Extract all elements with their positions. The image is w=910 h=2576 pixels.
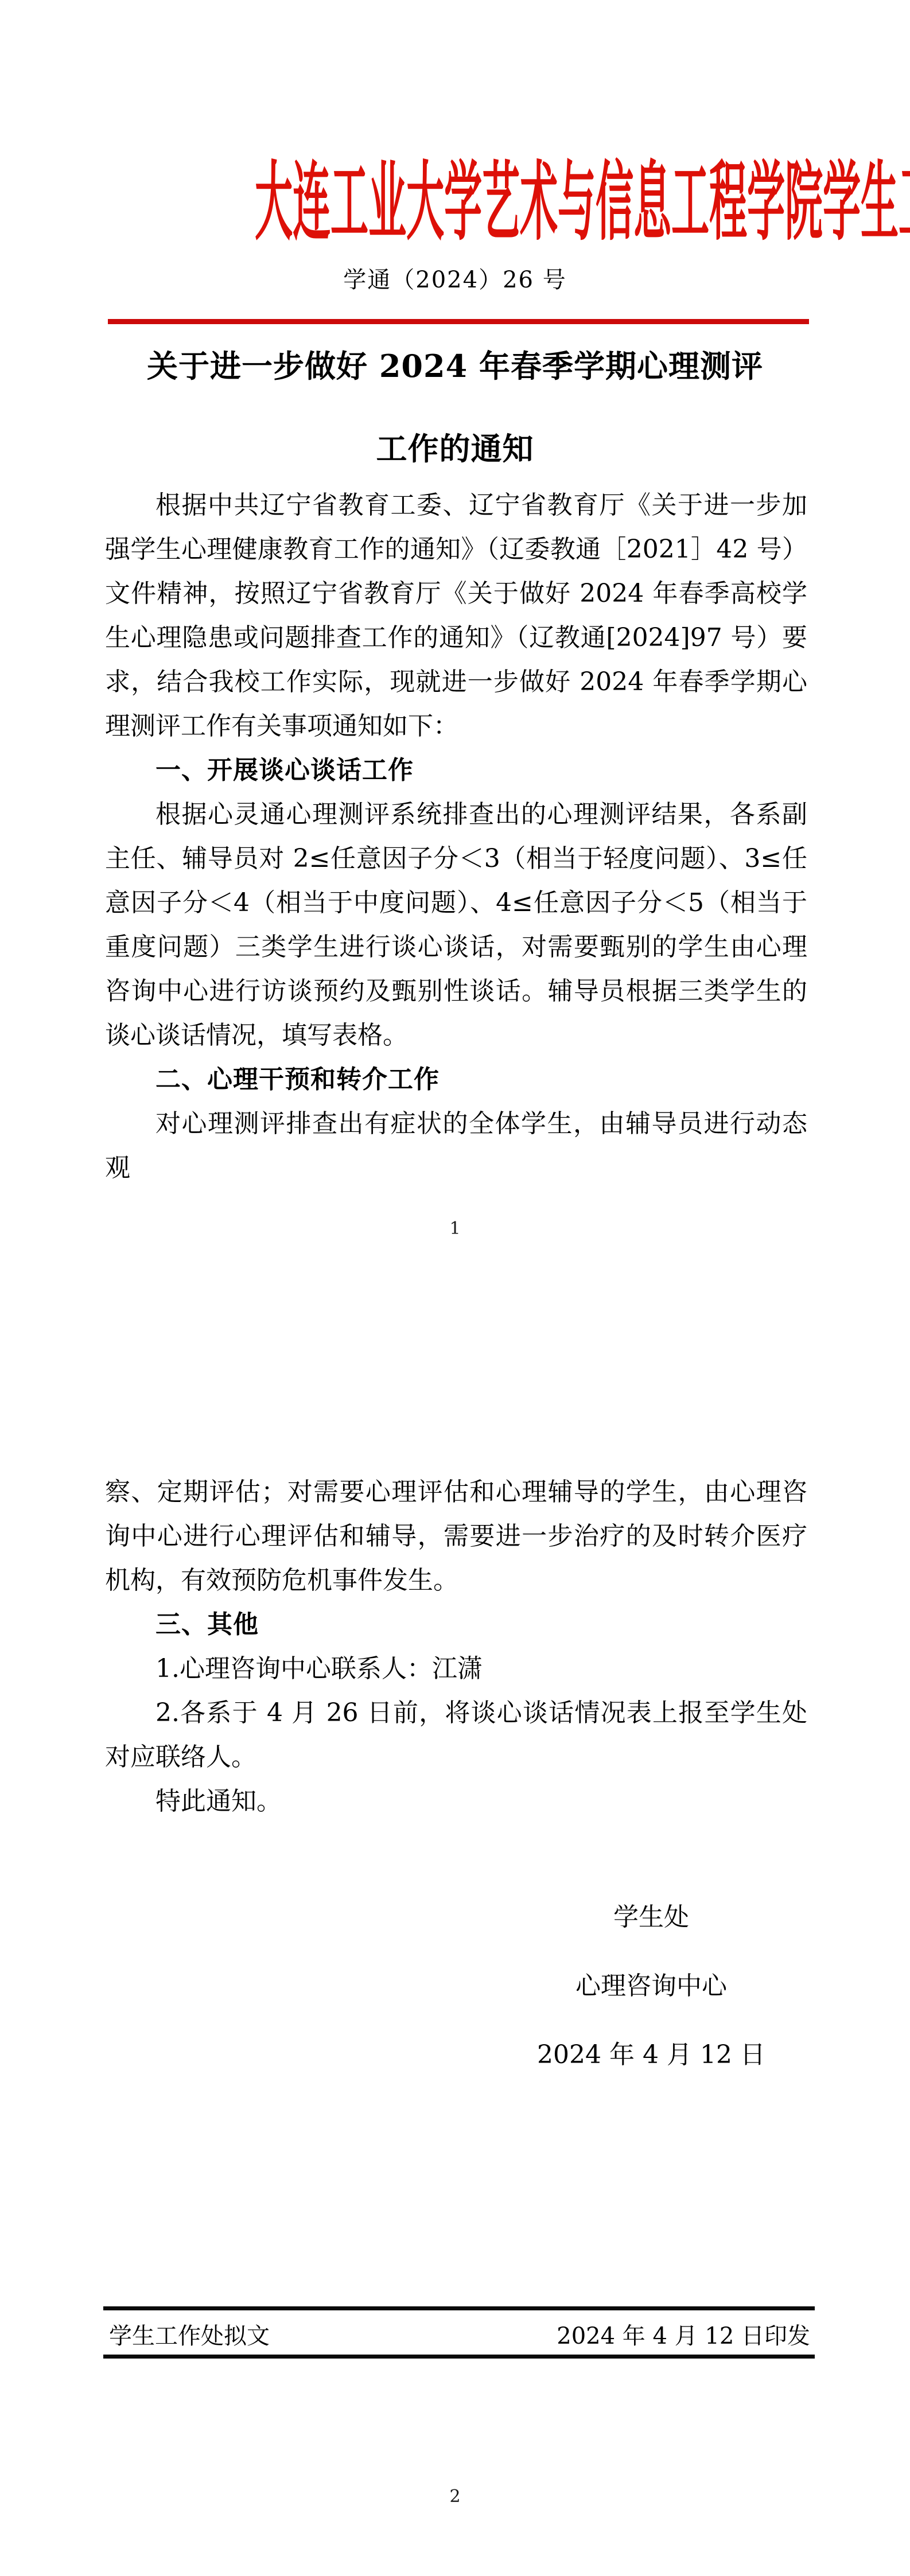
signature-date: 2024 年 4 月 12 日 [479,2021,823,2089]
notice-document: 大连工业大学艺术与信息工程学院学生工作处 学通（2024）26 号 关于进一步做… [0,0,910,2576]
page-2-number: 2 [0,2486,910,2507]
section-3-heading: 三、其他 [105,1602,807,1647]
section-2-paragraph-part-2: 察、定期评估；对需要心理评估和心理辅导的学生，由心理咨询中心进行心理评估和辅导，… [105,1470,807,1602]
page-1-body: 根据中共辽宁省教育工委、辽宁省教育厅《关于进一步加强学生心理健康教育工作的通知》… [105,483,807,1190]
section-3-item-1: 1.心理咨询中心联系人：江潇 [105,1647,807,1691]
document-title-line-1: 关于进一步做好 2024 年春季学期心理测评 [0,340,910,392]
footer-drafting-unit: 学生工作处拟文 [109,2320,270,2352]
masthead-title: 大连工业大学艺术与信息工程学院学生工作处 [255,156,655,248]
section-3-item-2: 2.各系于 4 月 26 日前，将谈心谈话情况表上报至学生处对应联络人。 [105,1691,807,1779]
intro-paragraph: 根据中共辽宁省教育工委、辽宁省教育厅《关于进一步加强学生心理健康教育工作的通知》… [105,483,807,748]
section-2-heading: 二、心理干预和转介工作 [105,1057,807,1102]
section-1-paragraph: 根据心灵通心理测评系统排查出的心理测评结果，各系副主任、辅导员对 2≤任意因子分… [105,792,807,1057]
section-2-paragraph-part-1: 对心理测评排查出有症状的全体学生，由辅导员进行动态观 [105,1102,807,1190]
footer-print-date: 2024 年 4 月 12 日印发 [557,2320,810,2352]
section-1-heading: 一、开展谈心谈话工作 [105,748,807,792]
issue-number: 学通（2024）26 号 [0,265,910,295]
page-1-number: 1 [0,1219,910,1239]
page-2-body: 察、定期评估；对需要心理评估和心理辅导的学生，由心理咨询中心进行心理评估和辅导，… [105,1470,807,1823]
signature-block: 学生处 心理咨询中心 2024 年 4 月 12 日 [479,1883,823,2089]
masthead-divider-rule [108,319,809,324]
document-title-line-2: 工作的通知 [0,422,910,475]
signature-org-1: 学生处 [479,1883,823,1952]
closing-line: 特此通知。 [105,1779,807,1823]
footer-row: 学生工作处拟文 2024 年 4 月 12 日印发 [109,2320,810,2352]
footer-top-rule [103,2306,815,2310]
signature-org-2: 心理咨询中心 [479,1952,823,2021]
footer-bottom-rule [103,2355,815,2359]
